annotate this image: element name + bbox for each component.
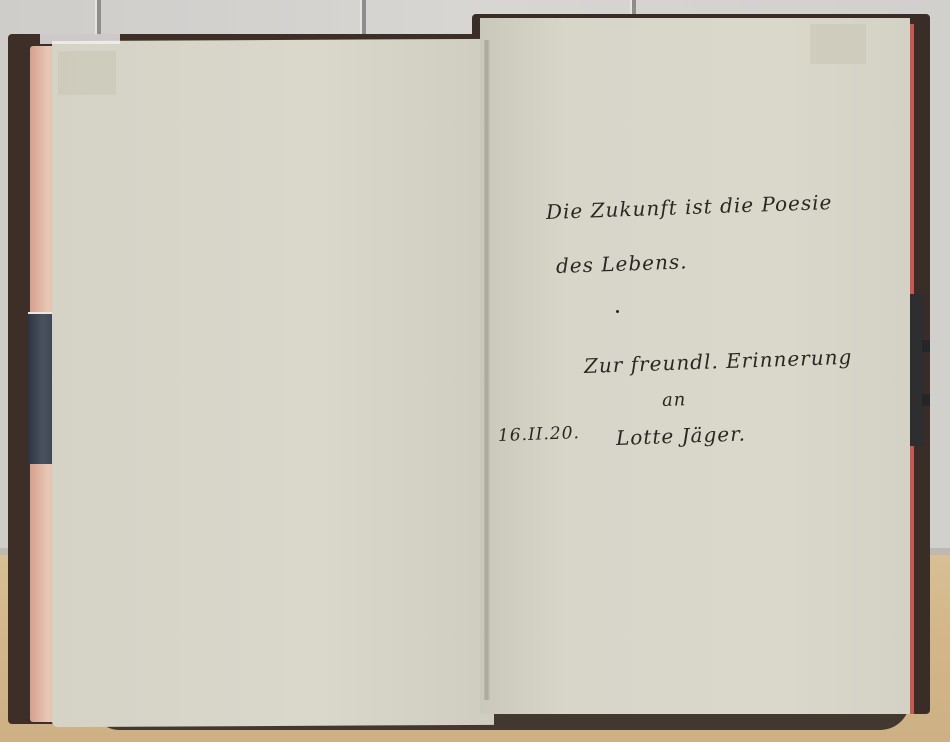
inscription-line-4: an bbox=[662, 389, 687, 411]
clasp-right-icon bbox=[910, 294, 924, 446]
left-page bbox=[52, 39, 494, 727]
inscription-signature: Lotte Jäger. bbox=[616, 421, 747, 450]
inscription-date: 16.II.20. bbox=[498, 423, 581, 446]
inscription-line-2: des Lebens. bbox=[556, 249, 688, 278]
right-page: Die Zukunft ist die Poesie des Lebens. Z… bbox=[480, 18, 910, 714]
inscription-line-1: Die Zukunft ist die Poesie bbox=[546, 190, 833, 224]
ink-dot bbox=[616, 310, 619, 313]
tape-patch bbox=[810, 24, 866, 64]
inscription-line-3: Zur freundl. Erinnerung bbox=[584, 345, 853, 378]
clasp-tab bbox=[922, 340, 930, 352]
tape-gloss bbox=[40, 34, 120, 44]
clasp-tab bbox=[922, 394, 930, 406]
tape-patch bbox=[58, 51, 116, 95]
book-gutter bbox=[484, 40, 490, 700]
